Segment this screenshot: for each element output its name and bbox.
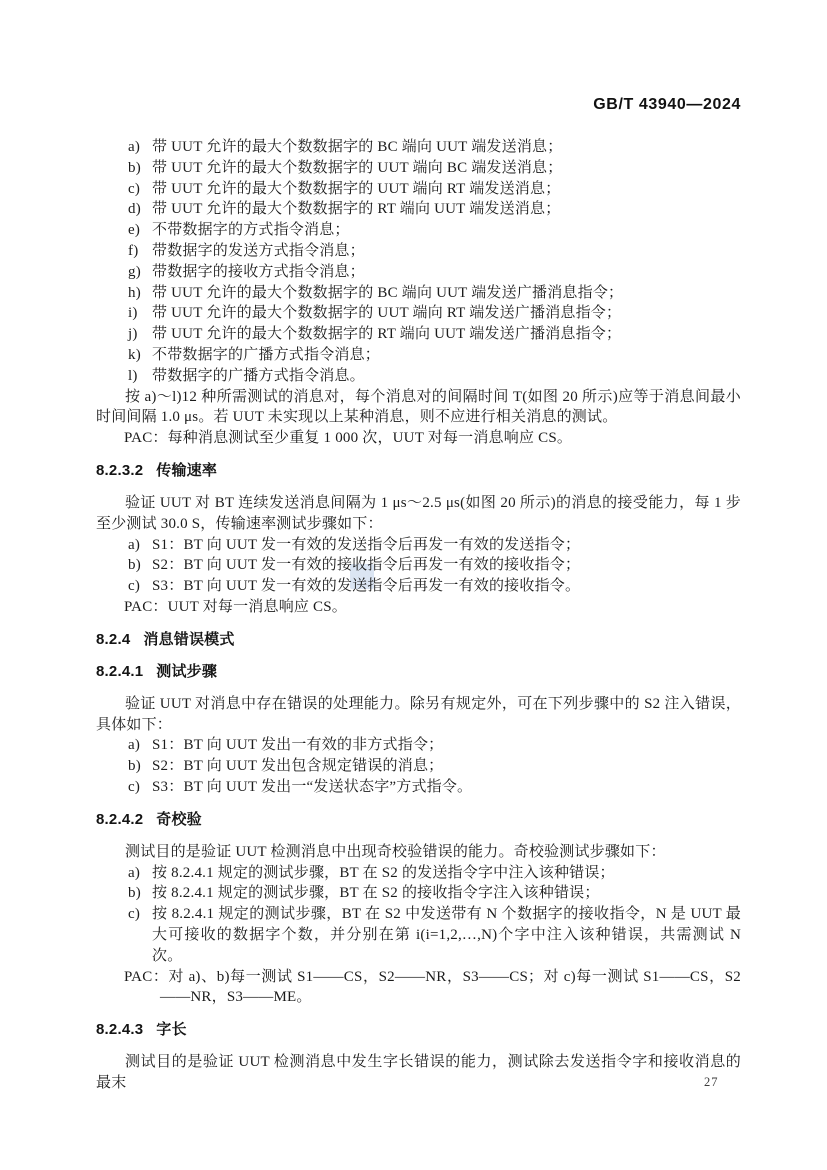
list-item-text: S3：BT 向 UUT 发一有效的发送指令后再发一有效的接收指令。 bbox=[152, 576, 741, 597]
list-item-text: S2：BT 向 UUT 发一有效的接收指令后再发一有效的接收指令； bbox=[152, 555, 741, 576]
list-item-label: i) bbox=[128, 303, 152, 324]
section-title: 消息错误模式 bbox=[143, 630, 234, 650]
ordered-list: a)带 UUT 允许的最大个数数据字的 BC 端向 UUT 端发送消息；b)带 … bbox=[96, 137, 741, 387]
list-item-label: l) bbox=[128, 366, 152, 387]
list-item-text: 带数据字的发送方式指令消息； bbox=[152, 241, 741, 262]
paragraph: 验证 UUT 对消息中存在错误的处理能力。除另有规定外，可在下列步骤中的 S2 … bbox=[96, 694, 741, 736]
list-item-text: 带 UUT 允许的最大个数数据字的 BC 端向 UUT 端发送广播消息指令； bbox=[152, 283, 741, 304]
ordered-list: a)S1：BT 向 UUT 发出一有效的非方式指令；b)S2：BT 向 UUT … bbox=[96, 735, 741, 797]
list-item-text: 不带数据字的广播方式指令消息； bbox=[152, 345, 741, 366]
paragraph: 验证 UUT 对 BT 连续发送消息间隔为 1 μs～2.5 μs(如图 20 … bbox=[96, 493, 741, 535]
section-title: 字长 bbox=[156, 1020, 186, 1040]
list-item: i)带 UUT 允许的最大个数数据字的 UUT 端向 RT 端发送广播消息指令； bbox=[96, 303, 741, 324]
list-item: c)S3：BT 向 UUT 发出一“发送状态字”方式指令。 bbox=[96, 777, 741, 798]
paragraph: 测试目的是验证 UUT 检测消息中出现奇校验错误的能力。奇校验测试步骤如下： bbox=[96, 842, 741, 863]
section-number: 8.2.3.2 bbox=[96, 461, 143, 481]
list-item-text: 不带数据字的方式指令消息； bbox=[152, 220, 741, 241]
standard-code-header: GB/T 43940—2024 bbox=[593, 96, 741, 114]
list-item-label: a) bbox=[128, 735, 152, 756]
list-item-text: S1：BT 向 UUT 发一有效的发送指令后再发一有效的发送指令； bbox=[152, 535, 741, 556]
list-item: l)带数据字的广播方式指令消息。 bbox=[96, 366, 741, 387]
section-number: 8.2.4 bbox=[96, 630, 130, 650]
section-title: 奇校验 bbox=[156, 810, 202, 830]
section-title: 传输速率 bbox=[156, 461, 217, 481]
list-item-label: a) bbox=[128, 137, 152, 158]
list-item-label: b) bbox=[128, 883, 152, 904]
pac-result-line: PAC：对 a)、b)每一测试 S1——CS，S2——NR，S3——CS；对 c… bbox=[96, 967, 741, 1009]
list-item-label: a) bbox=[128, 863, 152, 884]
list-item-label: c) bbox=[128, 904, 152, 966]
list-item: c)S3：BT 向 UUT 发一有效的发送指令后再发一有效的接收指令。 bbox=[96, 576, 741, 597]
list-item-text: 按 8.2.4.1 规定的测试步骤，BT 在 S2 中发送带有 N 个数据字的接… bbox=[152, 904, 741, 966]
list-item-label: f) bbox=[128, 241, 152, 262]
list-item-text: 带 UUT 允许的最大个数数据字的 UUT 端向 RT 端发送广播消息指令； bbox=[152, 303, 741, 324]
list-item-label: c) bbox=[128, 777, 152, 798]
list-item-text: 带 UUT 允许的最大个数数据字的 RT 端向 UUT 端发送消息； bbox=[152, 199, 741, 220]
list-item: b)带 UUT 允许的最大个数数据字的 UUT 端向 BC 端发送消息； bbox=[96, 158, 741, 179]
section-heading: 8.2.4消息错误模式 bbox=[96, 630, 741, 650]
list-item: a)S1：BT 向 UUT 发一有效的发送指令后再发一有效的发送指令； bbox=[96, 535, 741, 556]
ordered-list: a)按 8.2.4.1 规定的测试步骤，BT 在 S2 的发送指令字中注入该种错… bbox=[96, 863, 741, 967]
list-item: f)带数据字的发送方式指令消息； bbox=[96, 241, 741, 262]
document-body: a)带 UUT 允许的最大个数数据字的 BC 端向 UUT 端发送消息；b)带 … bbox=[96, 137, 741, 1094]
section-number: 8.2.4.2 bbox=[96, 810, 143, 830]
list-item-label: g) bbox=[128, 262, 152, 283]
section-heading: 8.2.4.3字长 bbox=[96, 1020, 741, 1040]
list-item: g)带数据字的接收方式指令消息； bbox=[96, 262, 741, 283]
section-title: 测试步骤 bbox=[156, 662, 217, 682]
section-heading: 8.2.3.2传输速率 bbox=[96, 461, 741, 481]
list-item: k)不带数据字的广播方式指令消息； bbox=[96, 345, 741, 366]
list-item-text: S3：BT 向 UUT 发出一“发送状态字”方式指令。 bbox=[152, 777, 741, 798]
list-item-text: 按 8.2.4.1 规定的测试步骤，BT 在 S2 的接收指令字注入该种错误； bbox=[152, 883, 741, 904]
ordered-list: a)S1：BT 向 UUT 发一有效的发送指令后再发一有效的发送指令；b)S2：… bbox=[96, 535, 741, 597]
list-item-label: b) bbox=[128, 555, 152, 576]
list-item: b)按 8.2.4.1 规定的测试步骤，BT 在 S2 的接收指令字注入该种错误… bbox=[96, 883, 741, 904]
list-item: c)带 UUT 允许的最大个数数据字的 UUT 端向 RT 端发送消息； bbox=[96, 179, 741, 200]
list-item: j)带 UUT 允许的最大个数数据字的 RT 端向 UUT 端发送广播消息指令； bbox=[96, 324, 741, 345]
list-item-label: c) bbox=[128, 179, 152, 200]
list-item-text: 带 UUT 允许的最大个数数据字的 RT 端向 UUT 端发送广播消息指令； bbox=[152, 324, 741, 345]
pac-result-line: PAC：每种消息测试至少重复 1 000 次，UUT 对每一消息响应 CS。 bbox=[96, 428, 741, 449]
section-heading: 8.2.4.1测试步骤 bbox=[96, 662, 741, 682]
list-item: a)带 UUT 允许的最大个数数据字的 BC 端向 UUT 端发送消息； bbox=[96, 137, 741, 158]
section-number: 8.2.4.3 bbox=[96, 1020, 143, 1040]
section-number: 8.2.4.1 bbox=[96, 662, 143, 682]
list-item: h)带 UUT 允许的最大个数数据字的 BC 端向 UUT 端发送广播消息指令； bbox=[96, 283, 741, 304]
list-item-text: 带数据字的广播方式指令消息。 bbox=[152, 366, 741, 387]
list-item-text: S2：BT 向 UUT 发出包含规定错误的消息； bbox=[152, 756, 741, 777]
list-item-text: 带 UUT 允许的最大个数数据字的 UUT 端向 BC 端发送消息； bbox=[152, 158, 741, 179]
list-item-label: h) bbox=[128, 283, 152, 304]
pac-result-line: PAC：UUT 对每一消息响应 CS。 bbox=[96, 597, 741, 618]
section-heading: 8.2.4.2奇校验 bbox=[96, 810, 741, 830]
page-number: 27 bbox=[704, 1075, 719, 1090]
list-item-label: k) bbox=[128, 345, 152, 366]
list-item-text: 带 UUT 允许的最大个数数据字的 BC 端向 UUT 端发送消息； bbox=[152, 137, 741, 158]
list-item-label: d) bbox=[128, 199, 152, 220]
list-item-text: 带 UUT 允许的最大个数数据字的 UUT 端向 RT 端发送消息； bbox=[152, 179, 741, 200]
list-item-text: S1：BT 向 UUT 发出一有效的非方式指令； bbox=[152, 735, 741, 756]
list-item: a)S1：BT 向 UUT 发出一有效的非方式指令； bbox=[96, 735, 741, 756]
list-item-text: 按 8.2.4.1 规定的测试步骤，BT 在 S2 的发送指令字中注入该种错误； bbox=[152, 863, 741, 884]
list-item-label: b) bbox=[128, 158, 152, 179]
list-item: d)带 UUT 允许的最大个数数据字的 RT 端向 UUT 端发送消息； bbox=[96, 199, 741, 220]
list-item-label: b) bbox=[128, 756, 152, 777]
list-item-label: e) bbox=[128, 220, 152, 241]
list-item: e)不带数据字的方式指令消息； bbox=[96, 220, 741, 241]
paragraph: 测试目的是验证 UUT 检测消息中发生字长错误的能力，测试除去发送指令字和接收消… bbox=[96, 1052, 741, 1094]
list-item-text: 带数据字的接收方式指令消息； bbox=[152, 262, 741, 283]
list-item: a)按 8.2.4.1 规定的测试步骤，BT 在 S2 的发送指令字中注入该种错… bbox=[96, 863, 741, 884]
list-item-label: a) bbox=[128, 535, 152, 556]
paragraph: 按 a)～l)12 种所需测试的消息对，每个消息对的间隔时间 T(如图 20 所… bbox=[96, 387, 741, 429]
list-item: c)按 8.2.4.1 规定的测试步骤，BT 在 S2 中发送带有 N 个数据字… bbox=[96, 904, 741, 966]
document-page: GB/T 43940—2024 a)带 UUT 允许的最大个数数据字的 BC 端… bbox=[0, 0, 827, 1170]
list-item: b)S2：BT 向 UUT 发一有效的接收指令后再发一有效的接收指令； bbox=[96, 555, 741, 576]
list-item-label: c) bbox=[128, 576, 152, 597]
list-item: b)S2：BT 向 UUT 发出包含规定错误的消息； bbox=[96, 756, 741, 777]
list-item-label: j) bbox=[128, 324, 152, 345]
